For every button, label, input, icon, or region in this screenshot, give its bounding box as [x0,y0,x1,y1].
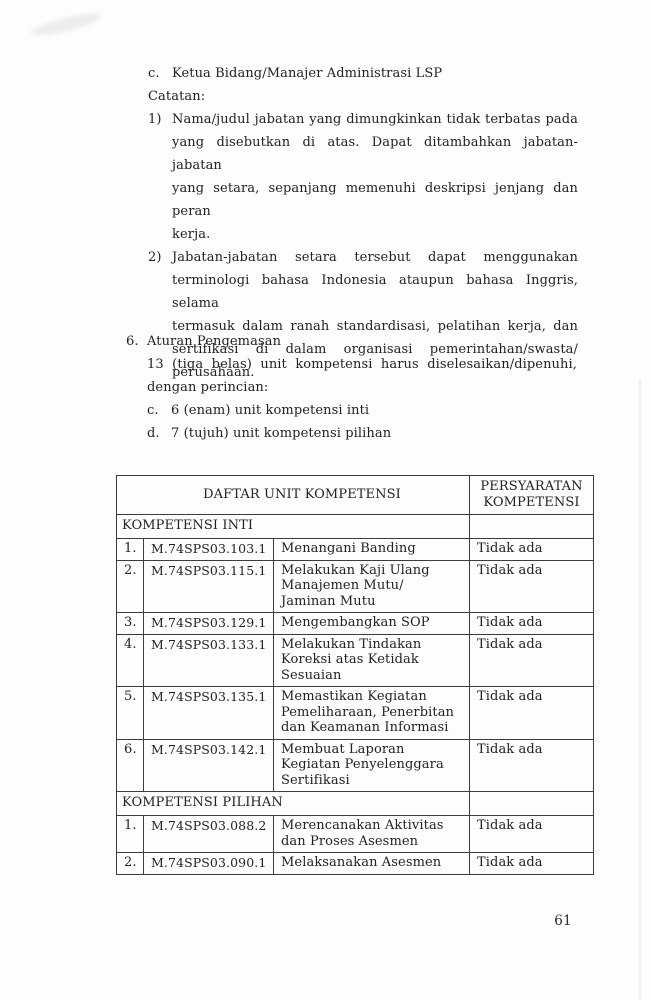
section-row-inti: KOMPETENSI INTI [117,515,594,539]
packaging-title: Aturan Pengemasan [147,334,281,349]
requirement-cell: Tidak ada [470,853,594,875]
note-2-line: terminologi bahasa Indonesia ataupun bah… [172,269,578,315]
note-1-line: kerja. [172,223,578,246]
packaging-section: 6. Aturan Pengemasan 13 (tiga belas) uni… [126,330,578,445]
packaging-item-d-text: 7 (tujuh) unit kompetensi pilihan [171,426,391,441]
requirement-cell: Tidak ada [470,687,594,740]
unit-title-cell: Melakukan Kaji Ulang Manajemen Mutu/ Jam… [274,560,470,613]
empty-cell [470,515,594,539]
requirement-cell: Tidak ada [470,613,594,635]
empty-cell [470,792,594,816]
table-header-persyaratan: PERSYARATAN KOMPETENSI [470,476,594,515]
unit-title-cell: Mengembangkan SOP [274,613,470,635]
packaging-number: 6. [126,330,139,353]
section-row-pilihan: KOMPETENSI PILIHAN [117,792,594,816]
packaging-item-d: d. 7 (tujuh) unit kompetensi pilihan [147,422,577,445]
note-1-marker: 1) [148,108,162,131]
scan-edge-artifact [639,380,641,1000]
table-header-row: DAFTAR UNIT KOMPETENSI PERSYARATAN KOMPE… [117,476,594,515]
note-1-line: yang disebutkan di atas. Dapat ditambahk… [172,131,578,177]
row-number-cell: 5. [117,687,144,740]
kompetensi-table-wrap: DAFTAR UNIT KOMPETENSI PERSYARATAN KOMPE… [116,475,594,875]
unit-code-cell: M.74SPS03.133.1 [144,634,274,687]
table-row: 1. M.74SPS03.088.2 Merencanakan Aktivita… [117,816,594,853]
unit-title-cell: Melaksanakan Asesmen [274,853,470,875]
note-1-line: Nama/judul jabatan yang dimungkinkan tid… [172,108,578,131]
unit-code-cell: M.74SPS03.129.1 [144,613,274,635]
note-2-marker: 2) [148,246,162,269]
requirement-cell: Tidak ada [470,539,594,561]
note-item-1: 1) Nama/judul jabatan yang dimungkinkan … [148,108,578,246]
list-item-c-marker: c. [148,62,160,85]
page-number: 61 [540,913,586,929]
requirement-cell: Tidak ada [470,560,594,613]
packaging-intro-line: dengan perincian: [147,376,577,399]
row-number-cell: 2. [117,853,144,875]
row-number-cell: 6. [117,739,144,792]
table-row: 1. M.74SPS03.103.1 Menangani Banding Tid… [117,539,594,561]
row-number-cell: 3. [117,613,144,635]
document-page: c. Ketua Bidang/Manajer Administrasi LSP… [0,0,651,1000]
packaging-item-c-marker: c. [147,399,159,422]
table-row: 4. M.74SPS03.133.1 Melakukan Tindakan Ko… [117,634,594,687]
table-row: 2. M.74SPS03.090.1 Melaksanakan Asesmen … [117,853,594,875]
unit-code-cell: M.74SPS03.090.1 [144,853,274,875]
unit-title-cell: Membuat Laporan Kegiatan Penyelenggara S… [274,739,470,792]
note-1-line: yang setara, sepanjang memenuhi deskrips… [172,177,578,223]
unit-title-cell: Merencanakan Aktivitas dan Proses Asesme… [274,816,470,853]
unit-title-cell: Menangani Banding [274,539,470,561]
section-title-pilihan: KOMPETENSI PILIHAN [117,792,470,816]
row-number-cell: 1. [117,539,144,561]
table-row: 6. M.74SPS03.142.1 Membuat Laporan Kegia… [117,739,594,792]
catatan-label: Catatan: [148,85,578,108]
packaging-intro-line: 13 (tiga belas) unit kompetensi harus di… [147,353,577,376]
section-title-inti: KOMPETENSI INTI [117,515,470,539]
note-2-line: Jabatan-jabatan setara tersebut dapat me… [172,246,578,269]
row-number-cell: 4. [117,634,144,687]
row-number-cell: 2. [117,560,144,613]
unit-code-cell: M.74SPS03.115.1 [144,560,274,613]
unit-code-cell: M.74SPS03.135.1 [144,687,274,740]
unit-title-cell: Melakukan Tindakan Koreksi atas Ketidak … [274,634,470,687]
requirement-cell: Tidak ada [470,816,594,853]
list-item-c-text: Ketua Bidang/Manajer Administrasi LSP [172,66,442,81]
unit-title-cell: Memastikan Kegiatan Pemeliharaan, Penerb… [274,687,470,740]
unit-code-cell: M.74SPS03.142.1 [144,739,274,792]
list-item-c: c. Ketua Bidang/Manajer Administrasi LSP [148,62,578,85]
packaging-item-c-text: 6 (enam) unit kompetensi inti [171,403,369,418]
table-row: 2. M.74SPS03.115.1 Melakukan Kaji Ulang … [117,560,594,613]
table-header-daftar: DAFTAR UNIT KOMPETENSI [117,476,470,515]
packaging-item-d-marker: d. [147,422,160,445]
table-row: 5. M.74SPS03.135.1 Memastikan Kegiatan P… [117,687,594,740]
unit-code-cell: M.74SPS03.088.2 [144,816,274,853]
packaging-item-c: c. 6 (enam) unit kompetensi inti [147,399,577,422]
kompetensi-table: DAFTAR UNIT KOMPETENSI PERSYARATAN KOMPE… [116,475,594,875]
requirement-cell: Tidak ada [470,634,594,687]
table-row: 3. M.74SPS03.129.1 Mengembangkan SOP Tid… [117,613,594,635]
requirement-cell: Tidak ada [470,739,594,792]
row-number-cell: 1. [117,816,144,853]
packaging-title-line: 6. Aturan Pengemasan [126,330,578,353]
unit-code-cell: M.74SPS03.103.1 [144,539,274,561]
packaging-body: 13 (tiga belas) unit kompetensi harus di… [147,353,577,445]
scan-smudge-artifact [29,9,102,39]
